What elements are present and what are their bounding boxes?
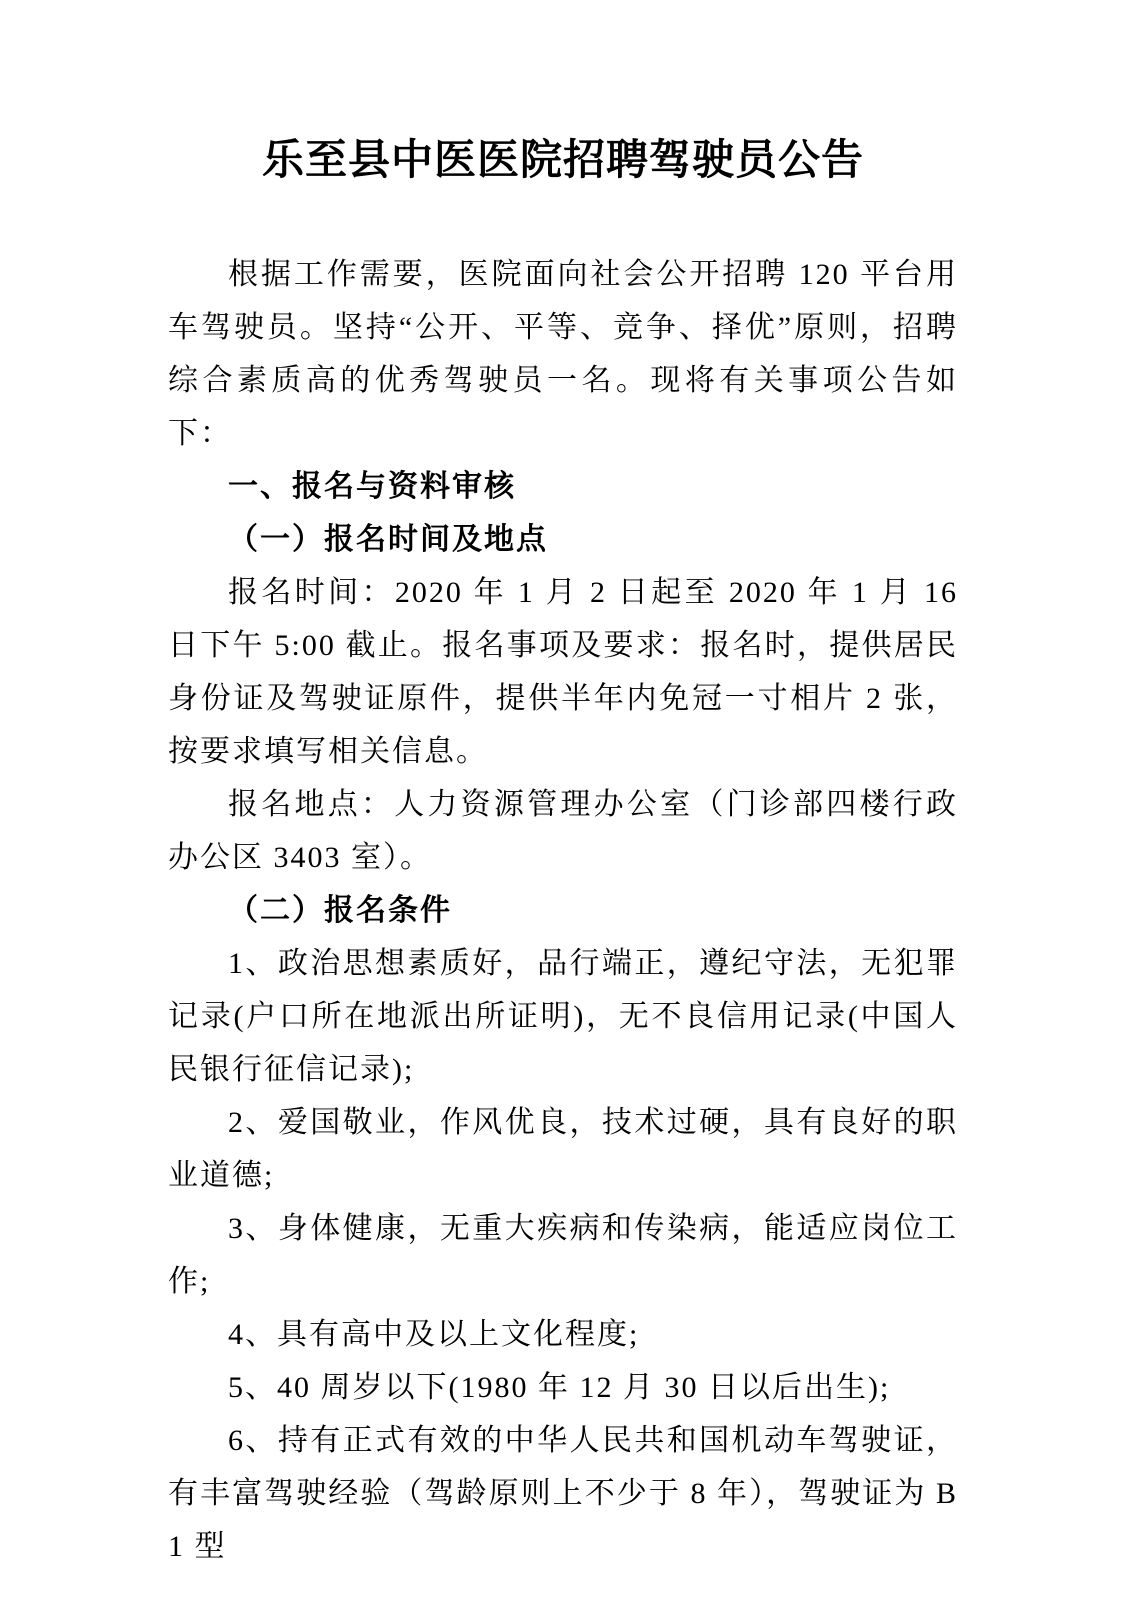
condition-item-3: 3、身体健康，无重大疾病和传染病，能适应岗位工作; <box>168 1202 958 1308</box>
condition-item-6: 6、持有正式有效的中华人民共和国机动车驾驶证，有丰富驾驶经验（驾龄原则上不少于 … <box>168 1414 958 1573</box>
intro-paragraph: 根据工作需要，医院面向社会公开招聘 120 平台用车驾驶员。坚持“公开、平等、竞… <box>168 248 958 460</box>
document-page: 乐至县中医医院招聘驾驶员公告 根据工作需要，医院面向社会公开招聘 120 平台用… <box>0 0 1132 1600</box>
condition-item-2: 2、爱国敬业，作风优良，技术过硬，具有良好的职业道德; <box>168 1096 958 1202</box>
section-1-heading: 一、报名与资料审核 <box>168 460 958 513</box>
condition-item-1: 1、政治思想素质好，品行端正，遵纪守法，无犯罪记录(户口所在地派出所证明)，无不… <box>168 937 958 1096</box>
subsection-1-1-heading: （一）报名时间及地点 <box>168 513 958 566</box>
registration-time-paragraph: 报名时间：2020 年 1 月 2 日起至 2020 年 1 月 16 日下午 … <box>168 566 958 778</box>
registration-place-paragraph: 报名地点：人力资源管理办公室（门诊部四楼行政办公区 3403 室）。 <box>168 778 958 884</box>
condition-item-4: 4、具有高中及以上文化程度; <box>168 1308 958 1361</box>
document-title: 乐至县中医医院招聘驾驶员公告 <box>168 130 958 192</box>
subsection-1-2-heading: （二）报名条件 <box>168 884 958 937</box>
condition-item-5: 5、40 周岁以下(1980 年 12 月 30 日以后出生); <box>168 1361 958 1414</box>
